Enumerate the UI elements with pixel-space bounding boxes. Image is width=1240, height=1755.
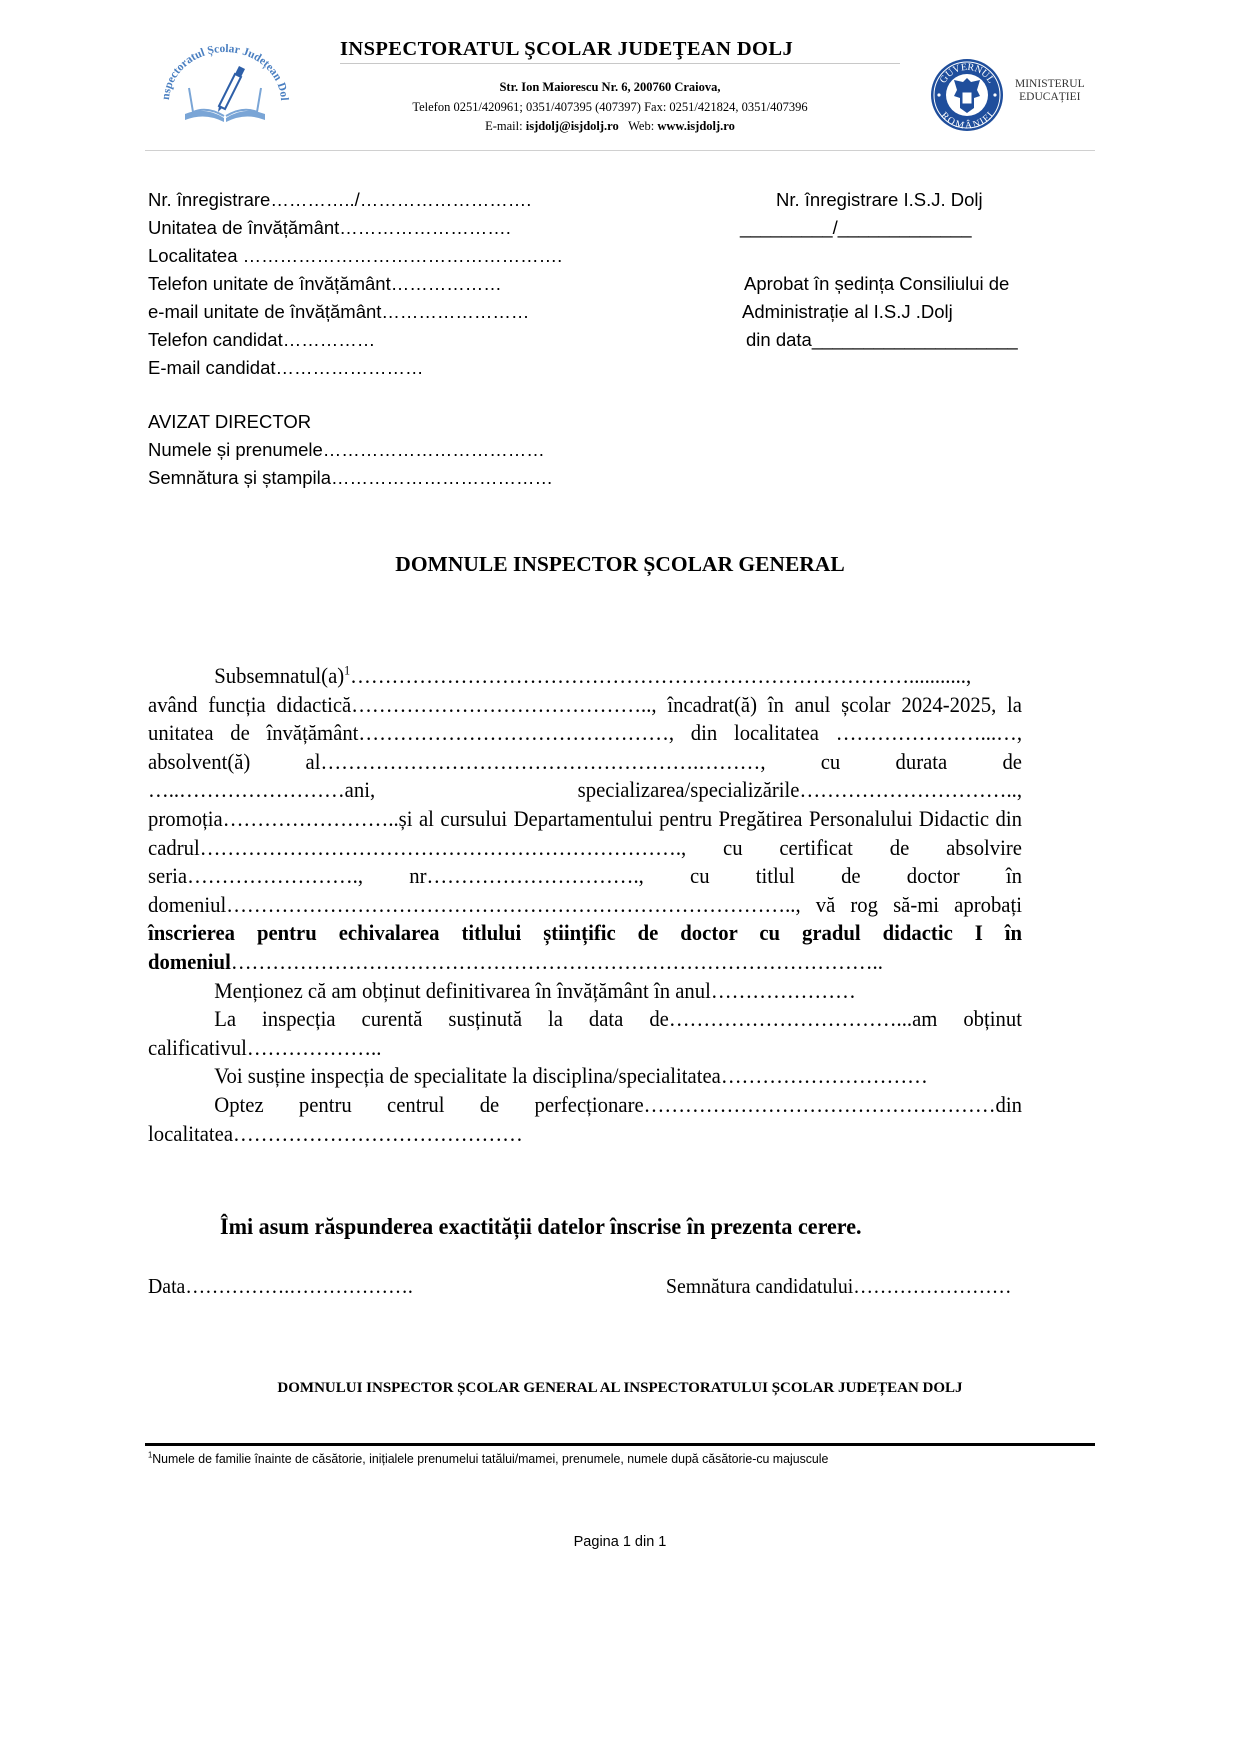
specialty-paragraph: Voi susține inspecția de specialitate la… (148, 1062, 1022, 1091)
approval-line: Aprobat în ședința Consiliului de (740, 270, 1018, 298)
email-web-line: E-mail: isjdolj@isjdolj.ro Web: www.isjd… (360, 119, 860, 134)
director-signature-field[interactable]: Semnătura și ștampila……………………………… (148, 464, 553, 492)
svg-text:Inspectoratul Școlar Județean: Inspectoratul Școlar Județean Dolj (155, 40, 290, 101)
candidate-email-field[interactable]: E-mail candidat…………………… (148, 354, 562, 382)
page-number: Pagina 1 din 1 (0, 1534, 1240, 1550)
organization-title: INSPECTORATUL ŞCOLAR JUDEŢEAN DOLJ (340, 38, 900, 61)
inspection-paragraph: La inspecția curentă susținută la data d… (148, 1005, 1022, 1062)
isj-registration-label: Nr. înregistrare I.S.J. Dolj (740, 186, 1018, 214)
director-approval-block: AVIZAT DIRECTOR Numele și prenumele……………… (148, 408, 553, 492)
training-center-paragraph: Optez pentru centrul de perfecționare………… (148, 1091, 1022, 1148)
locality-field[interactable]: Localitatea ……………………………………………. (148, 242, 562, 270)
isj-registration-block: Nr. înregistrare I.S.J. Dolj _________/_… (740, 186, 1018, 354)
page-title: DOMNULE INSPECTOR ȘCOLAR GENERAL (0, 552, 1240, 577)
footnote-divider (145, 1443, 1095, 1446)
applicant-info-fields: Nr. înregistrare…………../………………………. Unitat… (148, 186, 562, 382)
web-link[interactable]: www.isjdolj.ro (657, 119, 735, 133)
candidate-phone-field[interactable]: Telefon candidat…………… (148, 326, 562, 354)
romanian-government-seal: GUVERNUL ROMÂNIEI (930, 58, 1004, 132)
school-phone-field[interactable]: Telefon unitate de învățământ……………… (148, 270, 562, 298)
phone-fax-line: Telefon 0251/420961; 0351/407395 (407397… (360, 100, 860, 115)
address-line: Str. Ion Maiorescu Nr. 6, 200760 Craiova… (360, 80, 860, 95)
director-name-field[interactable]: Numele și prenumele……………………………… (148, 436, 553, 464)
header-divider (145, 150, 1095, 151)
request-paragraph: Subsemnatul(a)1…………………………………………………………………… (148, 662, 1022, 977)
candidate-signature-field[interactable]: Semnătura candidatului…………………… (666, 1274, 1012, 1299)
addressee-line: DOMNULUI INSPECTOR ȘCOLAR GENERAL AL INS… (0, 1380, 1240, 1397)
registration-number-field[interactable]: Nr. înregistrare…………../………………………. (148, 186, 562, 214)
footnote: 1Numele de familie înainte de căsătorie,… (148, 1451, 828, 1466)
school-email-field[interactable]: e-mail unitate de învățământ…………………… (148, 298, 562, 326)
email-link[interactable]: isjdolj@isjdolj.ro (526, 119, 619, 133)
date-field[interactable]: Data…………….………………. (148, 1274, 413, 1299)
ministry-name: MINISTERULEDUCAȚIEI (1015, 78, 1085, 104)
isj-dolj-logo: Inspectoratul Școlar Județean Dolj (155, 40, 295, 128)
avizat-heading: AVIZAT DIRECTOR (148, 408, 553, 436)
title-underline (340, 63, 900, 64)
approval-line: Administrație al I.S.J .Dolj (740, 298, 1018, 326)
isj-registration-blank[interactable]: _________/_____________ (740, 214, 1018, 242)
responsibility-statement: Îmi asum răspunderea exactității datelor… (220, 1214, 862, 1241)
request-body: Subsemnatul(a)1…………………………………………………………………… (148, 662, 1022, 1148)
definitivat-paragraph: Menționez că am obținut definitivarea în… (148, 977, 1022, 1006)
school-unit-field[interactable]: Unitatea de învățământ………………………. (148, 214, 562, 242)
approval-date-field[interactable]: din data____________________ (740, 326, 1018, 354)
